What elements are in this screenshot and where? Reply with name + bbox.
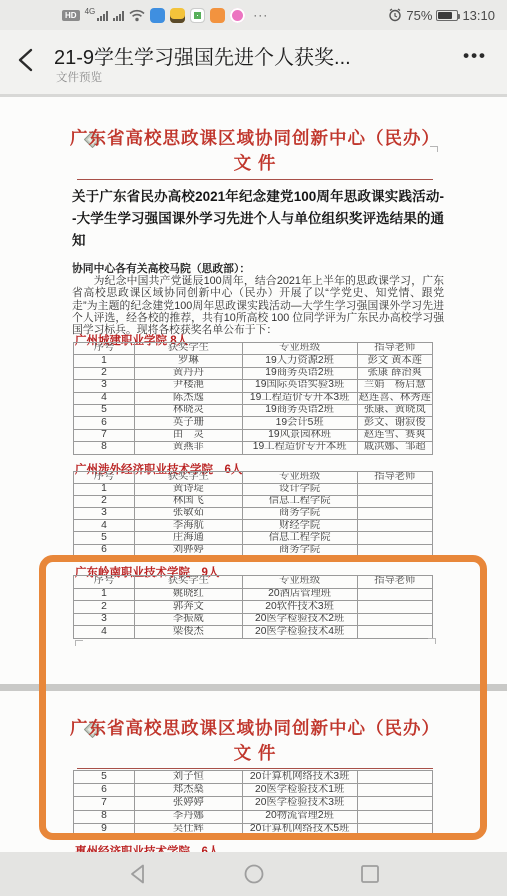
table-cell: 林国飞	[135, 496, 243, 508]
award-table-1: 序号获奖学生专业班级指导老师1罗琳19人力资源2班彭文 黄本莲2黄丹丹19商务英…	[73, 342, 433, 455]
table-cell: 6	[74, 784, 135, 797]
table-cell: 英子珊	[135, 417, 243, 429]
table-cell: 7	[74, 429, 135, 441]
alarm-icon	[388, 8, 402, 22]
table-cell: 李丹娜	[135, 810, 243, 823]
margin-mark	[75, 640, 83, 646]
margin-mark	[430, 146, 438, 152]
column-header: 序号	[74, 343, 135, 355]
table-cell: 黄燕菲	[135, 442, 243, 454]
wifi-icon	[129, 9, 145, 22]
table-cell: 梁俊杰	[135, 626, 243, 639]
column-header: 获奖学生	[135, 472, 243, 484]
table-cell	[357, 613, 432, 626]
table-cell	[357, 771, 432, 784]
table-row: 7由 灵19风景园林班赵连雪、赛爽	[74, 429, 433, 441]
table-row: 1姚晓红20酒店管理班	[74, 588, 433, 601]
status-icons-right: 75% 13:10	[388, 0, 495, 30]
table-cell: 20软件技术3班	[242, 601, 357, 614]
table-cell: 20医学检验技术4班	[242, 626, 357, 639]
clock-label: 13:10	[462, 8, 495, 23]
table-cell: 3	[74, 508, 135, 520]
table-header-row: 序号获奖学生专业班级指导老师	[74, 472, 433, 484]
column-header: 获奖学生	[135, 576, 243, 589]
more-options-button[interactable]: •••	[463, 46, 487, 66]
shop-notification-icon	[210, 8, 225, 23]
table-cell: 2	[74, 367, 135, 379]
table-cell: 1	[74, 588, 135, 601]
table-row: 5刘子恒20计算机网络技术3班	[74, 771, 433, 784]
letterhead-title: 广东省高校思政课区域协同创新中心（民办）文 件	[62, 126, 448, 176]
nav-home-circle-icon	[243, 863, 265, 885]
table-cell: 20计算机网络技术3班	[242, 771, 357, 784]
notice-body: 为纪念中国共产党诞辰100周年，结合2021年上半年的思政课学习，广东省高校思政…	[72, 275, 444, 336]
table-cell: 19工程造价专升本3班	[242, 392, 357, 404]
table-cell	[357, 601, 432, 614]
page-break-divider	[0, 684, 507, 691]
table-cell: 李振威	[135, 613, 243, 626]
award-table-3-page1: 序号获奖学生专业班级指导老师1姚晓红20酒店管理班2郭奔文20软件技术3班3李振…	[73, 575, 433, 639]
table-cell	[357, 810, 432, 823]
table-cell: 2	[74, 496, 135, 508]
table-cell: 6	[74, 544, 135, 556]
table-cell: 彭文、谢寂俊	[357, 417, 432, 429]
table-cell: 3	[74, 380, 135, 392]
table-row: 3尹楼滟19国际英语实验3班兰娟 杨启慧	[74, 380, 433, 392]
table-row: 2黄丹丹19商务英语2班张康 薛治爽	[74, 367, 433, 379]
table-cell: 商务学院	[242, 544, 357, 556]
nav-recents-button[interactable]	[357, 861, 383, 887]
table-cell: 刘子恒	[135, 771, 243, 784]
table-row: 4李海航财经学院	[74, 520, 433, 532]
table-cell	[357, 784, 432, 797]
table-cell: 1	[74, 355, 135, 367]
table-cell: 1	[74, 484, 135, 496]
signal-bars-icon-2	[113, 10, 124, 21]
page-subtitle: 文件预览	[56, 69, 102, 85]
notice-title: 关于广东省民办高校2021年纪念建党100周年思政课实践活动--大学生学习强国课…	[72, 186, 444, 252]
table-cell: 财经学院	[242, 520, 357, 532]
table-cell: 5	[74, 404, 135, 416]
table-row: 6刘骅婷商务学院	[74, 544, 433, 556]
table-cell	[357, 626, 432, 639]
document-preview[interactable]: 广东省高校思政课区域协同创新中心（民办）文 件 关于广东省民办高校2021年纪念…	[0, 94, 507, 852]
table-cell: 信息工程学院	[242, 532, 357, 544]
table-cell	[357, 797, 432, 810]
nav-back-button[interactable]	[125, 861, 151, 887]
hd-icon: HD	[62, 10, 80, 21]
table-row: 6英子珊19会计5班彭文、谢寂俊	[74, 417, 433, 429]
android-nav-bar	[0, 852, 507, 896]
signal-bars-icon	[97, 10, 108, 21]
table-row: 6郑杰燊20医学检验技术1班	[74, 784, 433, 797]
column-header: 专业班级	[242, 472, 357, 484]
table-cell: 8	[74, 810, 135, 823]
table-cell: 黄诗琁	[135, 484, 243, 496]
table-cell: 尹楼滟	[135, 380, 243, 392]
table-row: 5林晓灵19商务英语2班张康、黄晓岚	[74, 404, 433, 416]
column-header: 序号	[74, 472, 135, 484]
table-cell: 9	[74, 823, 135, 836]
table-cell: 7	[74, 797, 135, 810]
column-header: 指导老师	[357, 472, 432, 484]
table-header-row: 序号获奖学生专业班级指导老师	[74, 576, 433, 589]
table-cell: 20物流管理2班	[242, 810, 357, 823]
status-icons-left: HD 4G ···	[62, 0, 268, 30]
table-row: 7张婷婷20医学检验技术3班	[74, 797, 433, 810]
status-bar: HD 4G ··· 75% 13:10	[0, 0, 507, 30]
title-bar: 21-9学生学习强国先进个人获奖... 文件预览 •••	[0, 30, 507, 94]
table-cell	[357, 588, 432, 601]
column-header: 专业班级	[242, 343, 357, 355]
table-row: 9吴仕辉20计算机网络技术5班	[74, 823, 433, 836]
table-cell: 19商务英语2班	[242, 367, 357, 379]
table-cell: 李海航	[135, 520, 243, 532]
game-notification-icon	[170, 8, 185, 23]
table-row: 4陈杰逸19工程造价专升本3班赵连喜、林秀莲	[74, 392, 433, 404]
chat-notification-icon	[150, 8, 165, 23]
award-table-3-page2: 5刘子恒20计算机网络技术3班6郑杰燊20医学检验技术1班7张婷婷20医学检验技…	[73, 770, 433, 837]
table-cell: 4	[74, 626, 135, 639]
table-cell: 庄海通	[135, 532, 243, 544]
table-cell: 20医学检验技术3班	[242, 797, 357, 810]
back-chevron-icon	[12, 43, 40, 77]
table-cell: 赵连喜、林秀莲	[357, 392, 432, 404]
column-header: 获奖学生	[135, 343, 243, 355]
table-row: 1黄诗琁设计学院	[74, 484, 433, 496]
table-cell	[357, 532, 432, 544]
table-cell: 张敏茹	[135, 508, 243, 520]
table-cell: 姚晓红	[135, 588, 243, 601]
table-cell: 兰娟 杨启慧	[357, 380, 432, 392]
table-cell: 戚洪娜、邹超	[357, 442, 432, 454]
table-row: 4梁俊杰20医学检验技术4班	[74, 626, 433, 639]
table-cell: 20医学检验技术2班	[242, 613, 357, 626]
table-row: 8黄燕菲19工程造价专升本班戚洪娜、邹超	[74, 442, 433, 454]
table-cell: 19工程造价专升本班	[242, 442, 357, 454]
table-cell: 郭奔文	[135, 601, 243, 614]
table-cell: 张康、黄晓岚	[357, 404, 432, 416]
table-cell	[357, 496, 432, 508]
table-cell: 张婷婷	[135, 797, 243, 810]
table-cell: 19风景园林班	[242, 429, 357, 441]
back-button[interactable]	[12, 43, 40, 77]
battery-icon	[436, 10, 458, 21]
nav-recents-square-icon	[359, 863, 381, 885]
table-cell: 19人力资源2班	[242, 355, 357, 367]
table-cell: 吴仕辉	[135, 823, 243, 836]
letterhead-rule-page2	[77, 768, 433, 769]
table-cell: 2	[74, 601, 135, 614]
table-cell: 8	[74, 442, 135, 454]
table-cell	[357, 484, 432, 496]
table-cell	[357, 544, 432, 556]
table-cell: 20计算机网络技术5班	[242, 823, 357, 836]
table-cell: 19国际英语实验3班	[242, 380, 357, 392]
table-cell: 由 灵	[135, 429, 243, 441]
table-cell: 4	[74, 392, 135, 404]
table-cell: 商务学院	[242, 508, 357, 520]
table-cell: 彭文 黄本莲	[357, 355, 432, 367]
table-cell	[357, 520, 432, 532]
table-row: 1罗琳19人力资源2班彭文 黄本莲	[74, 355, 433, 367]
column-header: 序号	[74, 576, 135, 589]
salutation: 协同中心各有关高校马院（思政部）：	[72, 261, 250, 276]
table-cell: 19会计5班	[242, 417, 357, 429]
nav-back-triangle-icon	[127, 863, 149, 885]
table-cell: 3	[74, 613, 135, 626]
table-cell: 信息工程学院	[242, 496, 357, 508]
table-cell: 陈杰逸	[135, 392, 243, 404]
page-title: 21-9学生学习强国先进个人获奖...	[54, 41, 424, 70]
table-cell: 张康 薛治爽	[357, 367, 432, 379]
table-row: 5庄海通信息工程学院	[74, 532, 433, 544]
table-cell	[357, 823, 432, 836]
table-row: 8李丹娜20物流管理2班	[74, 810, 433, 823]
social-notification-icon	[230, 8, 245, 23]
table-cell: 4	[74, 520, 135, 532]
table-row: 3李振威20医学检验技术2班	[74, 613, 433, 626]
letterhead-title-page2: 广东省高校思政课区域协同创新中心（民办）文 件	[62, 716, 448, 766]
table-cell: 5	[74, 532, 135, 544]
table-cell: 设计学院	[242, 484, 357, 496]
table-header-row: 序号获奖学生专业班级指导老师	[74, 343, 433, 355]
table-row: 2郭奔文20软件技术3班	[74, 601, 433, 614]
table-cell: 6	[74, 417, 135, 429]
table-cell: 5	[74, 771, 135, 784]
table-cell: 刘骅婷	[135, 544, 243, 556]
doc-top-divider	[0, 94, 507, 97]
table-row: 2林国飞信息工程学院	[74, 496, 433, 508]
phone-screen: HD 4G ··· 75% 13:10 21-9学生学习强国先进个人获奖... …	[0, 0, 507, 896]
table-cell	[357, 508, 432, 520]
column-header: 专业班级	[242, 576, 357, 589]
column-header: 指导老师	[357, 576, 432, 589]
table-cell: 20酒店管理班	[242, 588, 357, 601]
table-cell: 林晓灵	[135, 404, 243, 416]
award-table-2: 序号获奖学生专业班级指导老师1黄诗琁设计学院2林国飞信息工程学院3张敏茹商务学院…	[73, 471, 433, 557]
table-cell: 19商务英语2班	[242, 404, 357, 416]
nav-home-button[interactable]	[241, 861, 267, 887]
browser-notification-icon	[190, 8, 205, 23]
table-cell: 郑杰燊	[135, 784, 243, 797]
table-row: 3张敏茹商务学院	[74, 508, 433, 520]
table-cell: 赵连雪、赛爽	[357, 429, 432, 441]
margin-mark	[428, 638, 436, 644]
network-type-label: 4G	[85, 7, 96, 16]
more-notifications-icon: ···	[253, 8, 268, 22]
table-cell: 20医学检验技术1班	[242, 784, 357, 797]
table-cell: 罗琳	[135, 355, 243, 367]
battery-percent-label: 75%	[406, 8, 432, 23]
letterhead-rule	[77, 179, 433, 180]
column-header: 指导老师	[357, 343, 432, 355]
table-cell: 黄丹丹	[135, 367, 243, 379]
